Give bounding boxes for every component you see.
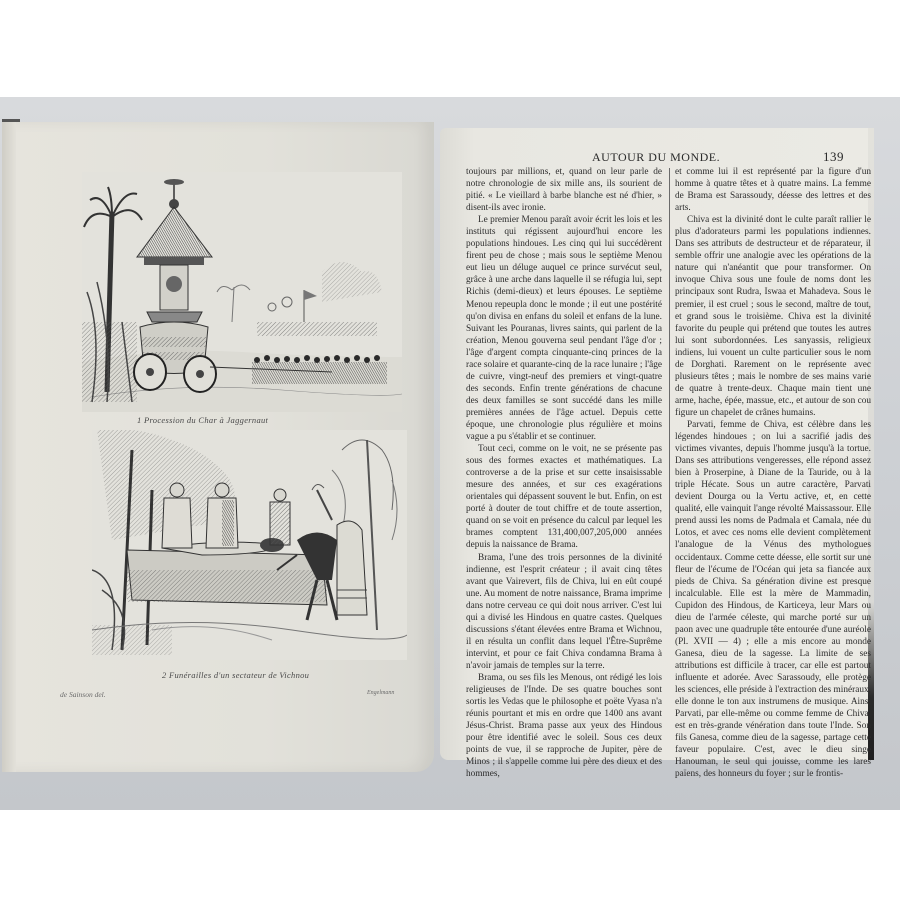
- column-divider: [669, 168, 670, 598]
- artist-credit: de Sainson del.: [60, 690, 106, 699]
- plate-1-title: Procession du Char à Jaggernaut: [144, 415, 268, 425]
- chariot-procession-illustration: [82, 172, 402, 412]
- running-head-title: Autour du monde.: [592, 150, 720, 165]
- funeral-illustration: [92, 430, 407, 660]
- left-page-plate: 1 Procession du Char à Jaggernaut: [2, 122, 434, 772]
- paragraph: Brama, ou ses fils les Menous, ont rédig…: [466, 672, 662, 780]
- plate-1-caption: 1 Procession du Char à Jaggernaut: [137, 415, 268, 425]
- plate-2-caption: 2 Funérailles d'un sectateur de Vichnou: [162, 670, 309, 680]
- page-number: 139: [823, 149, 844, 165]
- engraving-funeral: [92, 430, 407, 660]
- plate-1-number: 1: [137, 415, 142, 425]
- paragraph: toujours par millions, et, quand on leur…: [466, 166, 662, 214]
- text-column-right: et comme lui il est représenté par la fi…: [675, 166, 871, 780]
- paragraph: et comme lui il est représenté par la fi…: [675, 166, 871, 214]
- paragraph: Le premier Menou paraît avoir écrit les …: [466, 214, 662, 443]
- open-book: 1 Procession du Char à Jaggernaut: [0, 0, 900, 900]
- paragraph: Chiva est la divinité dont le culte para…: [675, 214, 871, 419]
- paragraph: Parvati, femme de Chiva, est célèbre dan…: [675, 419, 871, 780]
- lithographer-credit: Engelmann: [367, 690, 394, 696]
- plate-2-title: Funérailles d'un sectateur de Vichnou: [169, 670, 309, 680]
- text-column-left: toujours par millions, et, quand on leur…: [466, 166, 662, 780]
- paragraph: Brama, l'une des trois personnes de la d…: [466, 552, 662, 672]
- engraving-chariot-procession: [82, 172, 402, 412]
- paragraph: Tout ceci, comme on le voit, ne se prése…: [466, 443, 662, 551]
- plate-2-number: 2: [162, 670, 167, 680]
- running-header: Autour du monde. 139: [472, 150, 844, 166]
